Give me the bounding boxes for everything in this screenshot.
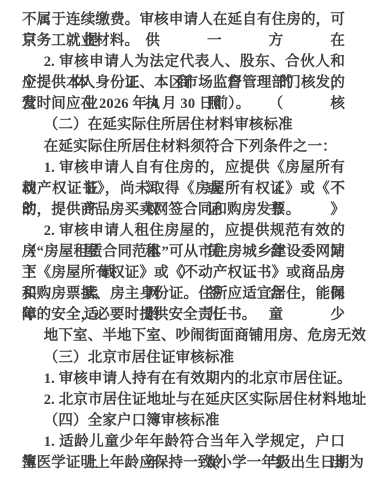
text-line: 动产权证书》，尚未取得《房屋所有权证》或《不动产权证书》 <box>22 179 345 200</box>
text-line: 1. 审核申请人自有住房的，应提供《房屋所有权证》或《不 <box>22 158 345 179</box>
text-line: 1. 适龄儿童少年年龄符合当年入学规定，户口簿上年龄与出 <box>22 432 345 453</box>
text-line: 2. 审核申请人租住房屋的，应提供规范有效的房屋租赁合同 <box>22 221 345 242</box>
text-line: 1. 审核申请人持有在有效期内的北京市居住证。 <box>22 369 345 390</box>
text-line: 在延实际住所居住材料须符合下列条件之一： <box>22 137 345 158</box>
text-line: 不属于连续缴费。审核申请人在延自有住房的，可只提供一方在 <box>22 10 345 31</box>
text-line: 的，提供商品房买卖网签合同和购房发票。 <box>22 200 345 221</box>
text-line: 地下室、半地下室、吵闹街面商铺用房、危房无效。 <box>22 326 345 347</box>
section-heading: （四）全家户口簿审核标准 <box>22 411 345 432</box>
text-line: 2. 北京市居住证地址与在延庆区实际居住材料地址一致。 <box>22 390 345 411</box>
text-line: （“房屋租赁合同范本”可从市住房城乡建设委网站下载）、房 <box>22 242 345 263</box>
section-heading: （二）在延实际住所居住材料审核标准 <box>22 115 345 136</box>
text-line: 和购房票据、房主身份证。住所应适宜居住，能保障适龄儿童少 <box>22 284 345 305</box>
text-line: 生医学证明上年龄应保持一致(小学一年级出生日期为 2019 年 9 <box>22 453 345 474</box>
section-heading: （三）北京市居住证审核标准 <box>22 348 345 369</box>
text-line: 应提供本人身份证、本区市场监督管理部门核发的营业执照（核 <box>22 73 345 94</box>
document-page: 不属于连续缴费。审核申请人在延自有住房的，可只提供一方在 京务工就业材料。 2.… <box>0 0 366 493</box>
text-line: 主《房屋所有权证》或《不动产权证书》或商品房买卖网签合同 <box>22 263 345 284</box>
text-line: 2. 审核申请人为法定代表人、股东、合伙人和个体工商户的， <box>22 52 345 73</box>
